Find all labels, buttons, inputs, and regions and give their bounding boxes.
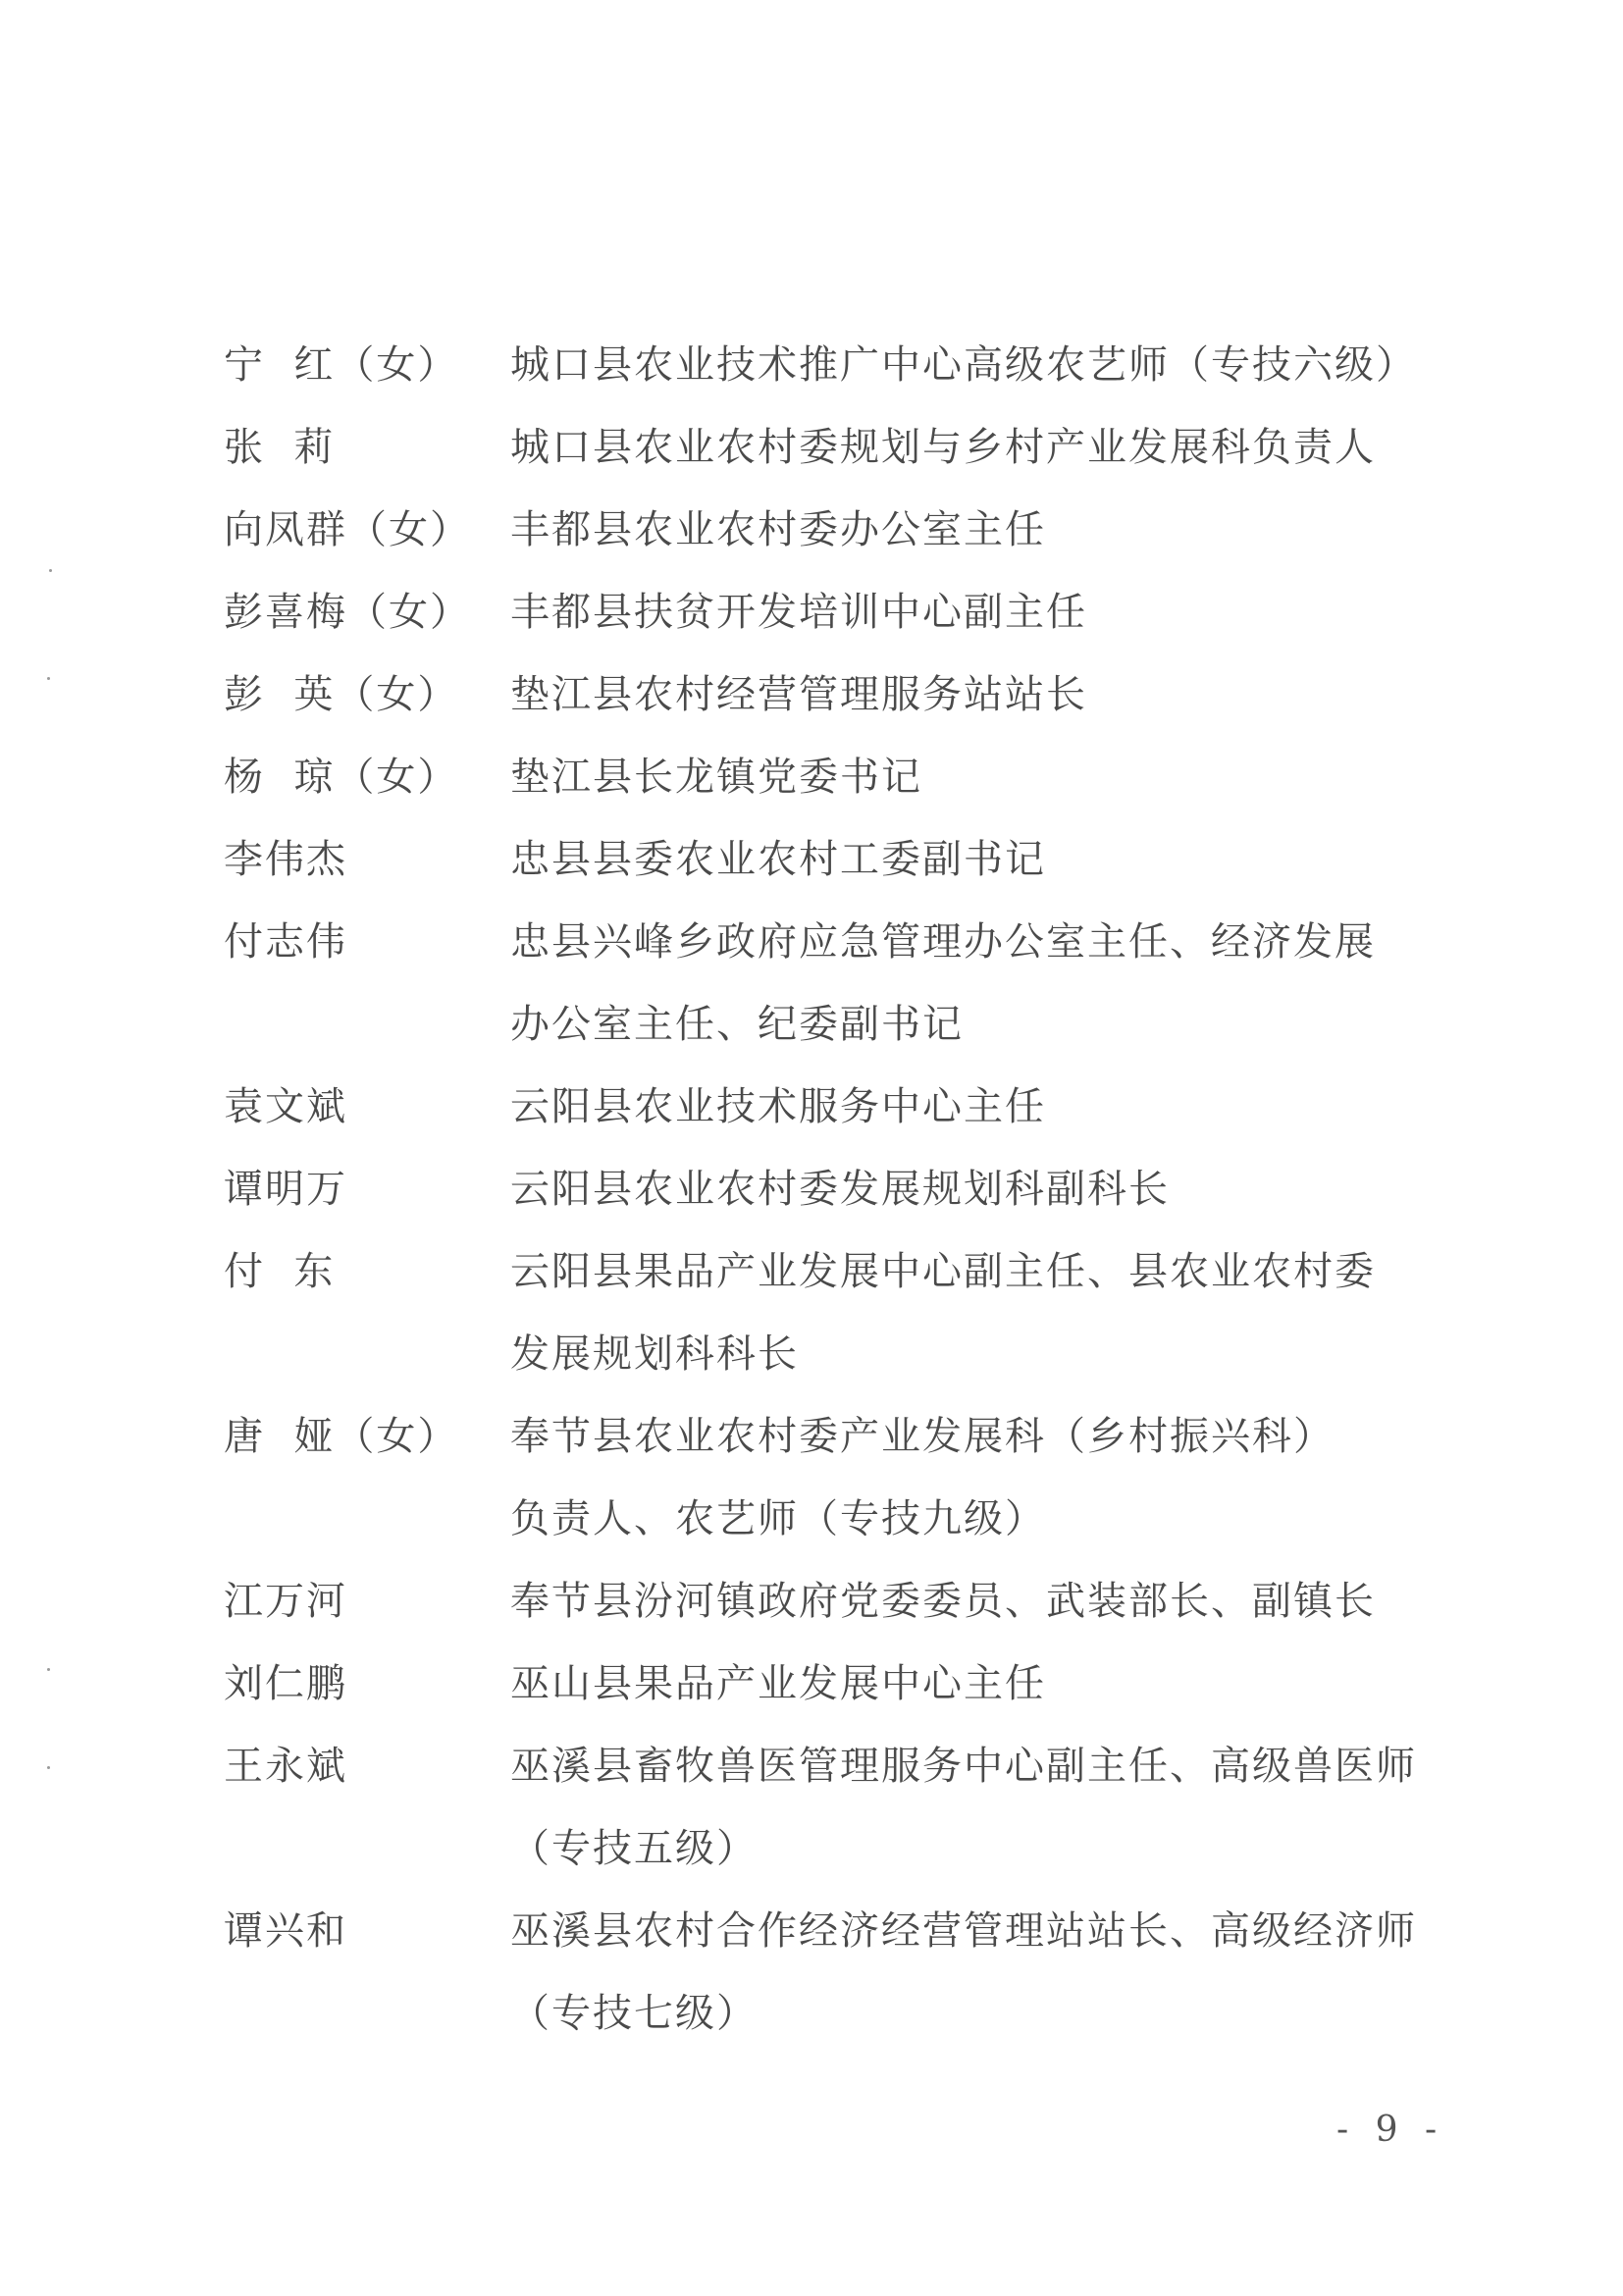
person-position: 云阳县农业技术服务中心主任: [510, 1066, 1499, 1148]
person-position: 奉节县汾河镇政府党委委员、武装部长、副镇长: [510, 1560, 1499, 1643]
person-name: 杨 琼（女）: [224, 736, 510, 818]
person-name: 李伟杰: [224, 818, 510, 901]
position-line: 云阳县农业技术服务中心主任: [510, 1066, 1499, 1148]
position-line: 垫江县长龙镇党委书记: [510, 736, 1499, 818]
person-position: 巫山县果品产业发展中心主任: [510, 1643, 1499, 1725]
person-position: 巫溪县农村合作经济经营管理站站长、高级经济师（专技七级）: [510, 1890, 1499, 2055]
position-line: 城口县农业技术推广中心高级农艺师（专技六级）: [510, 324, 1499, 406]
list-item: 谭明万云阳县农业农村委发展规划科副科长: [224, 1148, 1499, 1230]
person-name: 王永斌: [224, 1725, 510, 1890]
position-line: 办公室主任、纪委副书记: [510, 983, 1499, 1066]
person-name: 向凤群（女）: [224, 489, 510, 571]
page-number: - 9 -: [1336, 2110, 1444, 2150]
position-line: 丰都县扶贫开发培训中心副主任: [510, 571, 1499, 653]
person-position: 丰都县扶贫开发培训中心副主任: [510, 571, 1499, 653]
person-name: 唐 娅（女）: [224, 1395, 510, 1560]
person-name: 谭兴和: [224, 1890, 510, 2055]
person-name: 彭喜梅（女）: [224, 571, 510, 653]
document-page: 宁 红（女）城口县农业技术推广中心高级农艺师（专技六级）张 莉城口县农业农村委规…: [0, 0, 1623, 2296]
list-item: 宁 红（女）城口县农业技术推广中心高级农艺师（专技六级）: [224, 324, 1499, 406]
list-item: 张 莉城口县农业农村委规划与乡村产业发展科负责人: [224, 406, 1499, 489]
list-item: 付志伟忠县兴峰乡政府应急管理办公室主任、经济发展办公室主任、纪委副书记: [224, 901, 1499, 1066]
list-item: 王永斌巫溪县畜牧兽医管理服务中心副主任、高级兽医师（专技五级）: [224, 1725, 1499, 1890]
position-line: 巫溪县农村合作经济经营管理站站长、高级经济师: [510, 1890, 1499, 1972]
position-line: 城口县农业农村委规划与乡村产业发展科负责人: [510, 406, 1499, 489]
position-line: 奉节县汾河镇政府党委委员、武装部长、副镇长: [510, 1560, 1499, 1643]
person-name: 宁 红（女）: [224, 324, 510, 406]
list-item: 袁文斌云阳县农业技术服务中心主任: [224, 1066, 1499, 1148]
position-line: 忠县县委农业农村工委副书记: [510, 818, 1499, 901]
position-line: 巫山县果品产业发展中心主任: [510, 1643, 1499, 1725]
scan-speck: [47, 1766, 50, 1769]
list-item: 刘仁鹏巫山县果品产业发展中心主任: [224, 1643, 1499, 1725]
person-position: 丰都县农业农村委办公室主任: [510, 489, 1499, 571]
person-name: 谭明万: [224, 1148, 510, 1230]
person-name: 袁文斌: [224, 1066, 510, 1148]
list-item: 杨 琼（女）垫江县长龙镇党委书记: [224, 736, 1499, 818]
position-line: 负责人、农艺师（专技九级）: [510, 1478, 1499, 1560]
person-position: 垫江县长龙镇党委书记: [510, 736, 1499, 818]
scan-speck: [47, 677, 50, 680]
list-item: 江万河奉节县汾河镇政府党委委员、武装部长、副镇长: [224, 1560, 1499, 1643]
person-name: 彭 英（女）: [224, 653, 510, 736]
position-line: 云阳县农业农村委发展规划科副科长: [510, 1148, 1499, 1230]
person-position: 垫江县农村经营管理服务站站长: [510, 653, 1499, 736]
person-name: 刘仁鹏: [224, 1643, 510, 1725]
position-line: 丰都县农业农村委办公室主任: [510, 489, 1499, 571]
list-item: 彭喜梅（女）丰都县扶贫开发培训中心副主任: [224, 571, 1499, 653]
person-position: 忠县县委农业农村工委副书记: [510, 818, 1499, 901]
person-name: 付 东: [224, 1230, 510, 1395]
position-line: （专技七级）: [510, 1972, 1499, 2055]
list-item: 向凤群（女）丰都县农业农村委办公室主任: [224, 489, 1499, 571]
person-position: 忠县兴峰乡政府应急管理办公室主任、经济发展办公室主任、纪委副书记: [510, 901, 1499, 1066]
person-name: 付志伟: [224, 901, 510, 1066]
personnel-list: 宁 红（女）城口县农业技术推广中心高级农艺师（专技六级）张 莉城口县农业农村委规…: [224, 324, 1499, 2055]
person-position: 城口县农业技术推广中心高级农艺师（专技六级）: [510, 324, 1499, 406]
person-name: 张 莉: [224, 406, 510, 489]
position-line: 忠县兴峰乡政府应急管理办公室主任、经济发展: [510, 901, 1499, 983]
position-line: 垫江县农村经营管理服务站站长: [510, 653, 1499, 736]
position-line: （专技五级）: [510, 1807, 1499, 1890]
position-line: 云阳县果品产业发展中心副主任、县农业农村委: [510, 1230, 1499, 1313]
position-line: 发展规划科科长: [510, 1313, 1499, 1395]
person-position: 巫溪县畜牧兽医管理服务中心副主任、高级兽医师（专技五级）: [510, 1725, 1499, 1890]
list-item: 李伟杰忠县县委农业农村工委副书记: [224, 818, 1499, 901]
position-line: 奉节县农业农村委产业发展科（乡村振兴科）: [510, 1395, 1499, 1478]
list-item: 彭 英（女）垫江县农村经营管理服务站站长: [224, 653, 1499, 736]
scan-speck: [47, 1668, 50, 1671]
person-position: 云阳县农业农村委发展规划科副科长: [510, 1148, 1499, 1230]
person-position: 城口县农业农村委规划与乡村产业发展科负责人: [510, 406, 1499, 489]
list-item: 唐 娅（女）奉节县农业农村委产业发展科（乡村振兴科）负责人、农艺师（专技九级）: [224, 1395, 1499, 1560]
person-position: 云阳县果品产业发展中心副主任、县农业农村委发展规划科科长: [510, 1230, 1499, 1395]
scan-speck: [49, 569, 52, 572]
person-position: 奉节县农业农村委产业发展科（乡村振兴科）负责人、农艺师（专技九级）: [510, 1395, 1499, 1560]
list-item: 付 东云阳县果品产业发展中心副主任、县农业农村委发展规划科科长: [224, 1230, 1499, 1395]
position-line: 巫溪县畜牧兽医管理服务中心副主任、高级兽医师: [510, 1725, 1499, 1807]
list-item: 谭兴和巫溪县农村合作经济经营管理站站长、高级经济师（专技七级）: [224, 1890, 1499, 2055]
person-name: 江万河: [224, 1560, 510, 1643]
